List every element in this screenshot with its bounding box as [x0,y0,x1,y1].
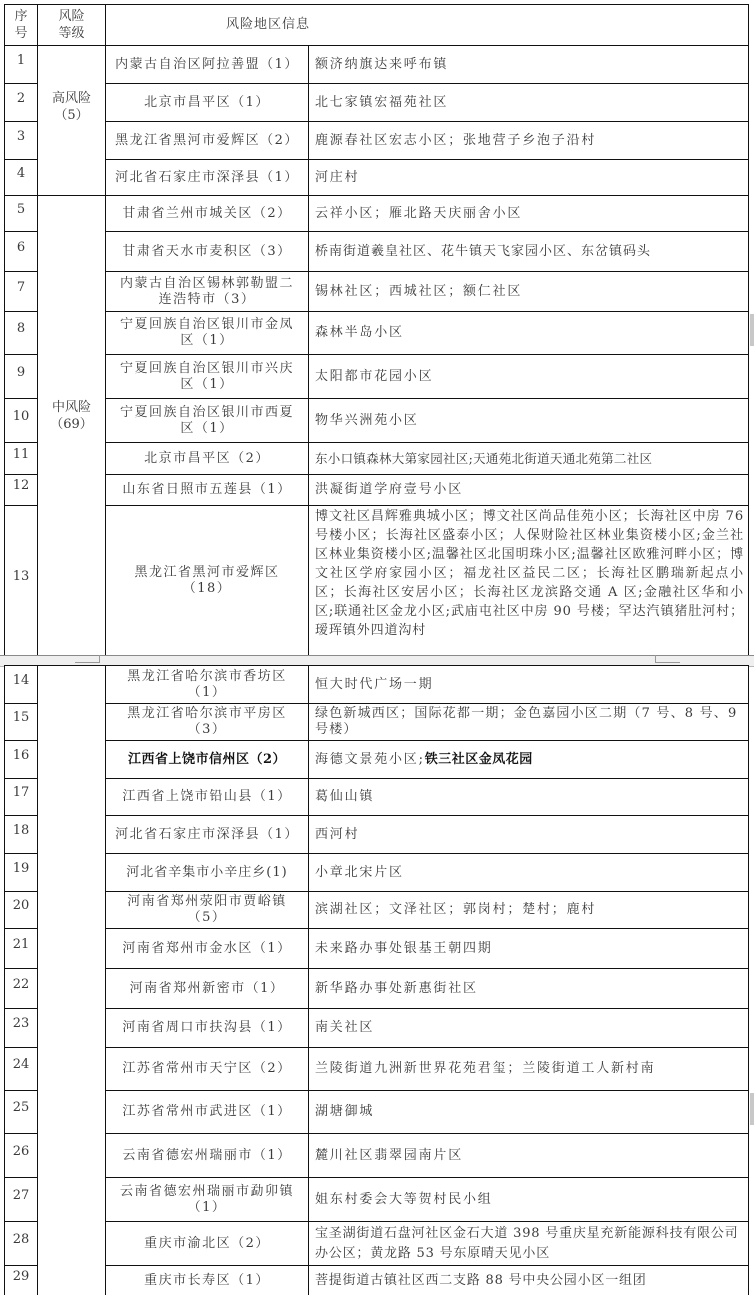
header-no: 序号 [5,5,38,46]
area-cell: 甘肃省兰州市城关区（2） [106,196,309,232]
area-cell: 山东省日照市五莲县（1） [106,475,309,506]
info-cell: 洪凝街道学府壹号小区 [309,475,749,506]
row-number: 23 [5,1009,38,1048]
info-cell: 云祥小区；雁北路天庆丽舍小区 [309,196,749,232]
table-row: 26 云南省德宏州瑞丽市（1） 麓川社区翡翠园南片区 [5,1134,749,1178]
table-row: 5 中风险 （69） 甘肃省兰州市城关区（2） 云祥小区；雁北路天庆丽舍小区 [5,196,749,232]
table-row: 24 江苏省常州市天宁区（2） 兰陵街道九洲新世界花苑君玺；兰陵街道工人新村南 [5,1048,749,1091]
table-row: 2 北京市昌平区（1） 北七家镇宏福苑社区 [5,84,749,122]
risk-area-table-part-1: 序号 风险等级 风险地区信息 1 高风险 （5） 内蒙古自治区阿拉善盟（1） 额… [4,4,749,656]
area-cell: 河南省郑州市金水区（1） [106,929,309,969]
info-part: 海德文景苑小区; [315,752,425,767]
row-number: 27 [5,1178,38,1222]
info-part-bold: 铁三社区金凤花园 [425,752,533,767]
table-row: 13 黑龙江省黑河市爱辉区（18） 博文社区昌辉雅典城小区；博文社区尚品佳苑小区… [5,506,749,656]
row-number: 20 [5,892,38,929]
table-row: 16 江西省上饶市信州区（2） 海德文景苑小区;铁三社区金凤花园 [5,741,749,779]
row-number: 7 [5,272,38,312]
row-number: 12 [5,475,38,506]
area-cell: 河南省郑州新密市（1） [106,969,309,1009]
info-cell: 宝圣湖街道石盘河社区金石大道 398 号重庆星充新能源科技有限公司办公区；黄龙路… [309,1222,749,1266]
risk-level-medium: 中风险 （69） [38,196,106,656]
risk-level-count: （5） [38,107,105,124]
risk-level-count: （69） [38,416,105,433]
row-number: 1 [5,46,38,84]
margin-marker [750,314,754,346]
info-cell: 兰陵街道九洲新世界花苑君玺；兰陵街道工人新村南 [309,1048,749,1091]
row-number: 10 [5,399,38,443]
row-number: 2 [5,84,38,122]
row-number: 18 [5,816,38,854]
area-cell: 黑龙江省黑河市爱辉区（18） [106,506,309,656]
info-cell: 菩提街道古镇社区西二支路 88 号中央公园小区一组团 [309,1266,749,1295]
info-cell: 滨湖社区；文泽社区；郭岗村；楚村；鹿村 [309,892,749,929]
info-cell: 河庄村 [309,160,749,196]
info-cell: 物华兴洲苑小区 [309,399,749,443]
row-number: 17 [5,779,38,816]
table-row: 3 黑龙江省黑河市爱辉区（2） 鹿源春社区宏志小区；张地营子乡泡子沿村 [5,122,749,160]
row-number: 15 [5,704,38,741]
page-corner-mark [655,655,656,663]
document-page-1: 序号 风险等级 风险地区信息 1 高风险 （5） 内蒙古自治区阿拉善盟（1） 额… [4,4,749,656]
info-cell: 桥南街道羲皇社区、花牛镇天飞家园小区、东岔镇码头 [309,232,749,272]
table-row: 15 黑龙江省哈尔滨市平房区（3） 绿色新城西区；国际花都一期；金色嘉园小区二期… [5,704,749,741]
risk-level-label: 中风险 [38,399,105,416]
area-cell: 宁夏回族自治区银川市西夏区（1） [106,399,309,443]
row-number: 11 [5,443,38,475]
row-number: 24 [5,1048,38,1091]
row-number: 25 [5,1091,38,1134]
table-row: 6 甘肃省天水市麦积区（3） 桥南街道羲皇社区、花牛镇天飞家园小区、东岔镇码头 [5,232,749,272]
table-row: 8 宁夏回族自治区银川市金凤区（1） 森林半岛小区 [5,312,749,355]
info-cell: 恒大时代广场一期 [309,666,749,704]
area-cell: 江西省上饶市铅山县（1） [106,779,309,816]
area-cell: 北京市昌平区（2） [106,443,309,475]
document-page-2: 14 黑龙江省哈尔滨市香坊区（1） 恒大时代广场一期 15 黑龙江省哈尔滨市平房… [4,665,749,1295]
header-info: 风险地区信息 [106,5,749,46]
area-cell: 云南省德宏州瑞丽市勐卯镇（1） [106,1178,309,1222]
table-row: 19 河北省辛集市小辛庄乡(1) 小章北宋片区 [5,854,749,892]
page-corner-mark [75,662,100,663]
info-cell: 额济纳旗达来呼布镇 [309,46,749,84]
table-row: 10 宁夏回族自治区银川市西夏区（1） 物华兴洲苑小区 [5,399,749,443]
risk-level-high: 高风险 （5） [38,46,106,196]
info-cell: 南关社区 [309,1009,749,1048]
row-number: 5 [5,196,38,232]
risk-level-label: 高风险 [38,90,105,107]
area-cell: 河北省石家庄市深泽县（1） [106,816,309,854]
row-number: 19 [5,854,38,892]
table-row: 27 云南省德宏州瑞丽市勐卯镇（1） 姐东村委会大等贺村民小组 [5,1178,749,1222]
area-cell: 黑龙江省哈尔滨市平房区（3） [106,704,309,741]
area-cell: 河南省周口市扶沟县（1） [106,1009,309,1048]
info-cell: 东小口镇森林大第家园社区;天通苑北街道天通北苑第二社区 [309,443,749,475]
info-cell: 北七家镇宏福苑社区 [309,84,749,122]
area-cell: 宁夏回族自治区银川市兴庆区（1） [106,355,309,399]
margin-marker [750,1093,754,1125]
info-cell: 麓川社区翡翠园南片区 [309,1134,749,1178]
info-cell: 海德文景苑小区;铁三社区金凤花园 [309,741,749,779]
area-cell: 北京市昌平区（1） [106,84,309,122]
area-cell: 黑龙江省哈尔滨市香坊区（1） [106,666,309,704]
area-cell: 河南省郑州荥阳市贾峪镇（5） [106,892,309,929]
area-cell: 江苏省常州市武进区（1） [106,1091,309,1134]
info-cell: 太阳都市花园小区 [309,355,749,399]
table-row: 4 河北省石家庄市深泽县（1） 河庄村 [5,160,749,196]
row-number: 16 [5,741,38,779]
area-cell: 江苏省常州市天宁区（2） [106,1048,309,1091]
table-row: 22 河南省郑州新密市（1） 新华路办事处新惠街社区 [5,969,749,1009]
info-cell: 未来路办事处银基王朝四期 [309,929,749,969]
page-corner-mark [99,655,100,663]
table-row: 1 高风险 （5） 内蒙古自治区阿拉善盟（1） 额济纳旗达来呼布镇 [5,46,749,84]
info-cell: 姐东村委会大等贺村民小组 [309,1178,749,1222]
area-cell: 重庆市渝北区（2） [106,1222,309,1266]
page-corner-mark [655,662,680,663]
area-cell: 重庆市长寿区（1） [106,1266,309,1295]
area-cell: 江西省上饶市信州区（2） [106,741,309,779]
table-row: 25 江苏省常州市武进区（1） 湖塘御城 [5,1091,749,1134]
info-cell: 绿色新城西区；国际花都一期；金色嘉园小区二期（7 号、8 号、9 号楼） [309,704,749,741]
row-number: 14 [5,666,38,704]
info-cell: 小章北宋片区 [309,854,749,892]
info-cell: 葛仙山镇 [309,779,749,816]
table-row: 20 河南省郑州荥阳市贾峪镇（5） 滨湖社区；文泽社区；郭岗村；楚村；鹿村 [5,892,749,929]
row-number: 4 [5,160,38,196]
info-cell: 博文社区昌辉雅典城小区；博文社区尚品佳苑小区；长海社区中房 76 号楼小区；长海… [309,506,749,656]
table-row: 7 内蒙古自治区锡林郭勒盟二连浩特市（3） 锡林社区；西城社区；额仁社区 [5,272,749,312]
row-number: 6 [5,232,38,272]
table-row: 29 重庆市长寿区（1） 菩提街道古镇社区西二支路 88 号中央公园小区一组团 [5,1266,749,1295]
risk-area-table-part-2: 14 黑龙江省哈尔滨市香坊区（1） 恒大时代广场一期 15 黑龙江省哈尔滨市平房… [4,665,749,1295]
area-cell: 云南省德宏州瑞丽市（1） [106,1134,309,1178]
area-cell: 河北省石家庄市深泽县（1） [106,160,309,196]
header-level: 风险等级 [38,5,106,46]
row-number: 13 [5,506,38,656]
table-row: 14 黑龙江省哈尔滨市香坊区（1） 恒大时代广场一期 [5,666,749,704]
area-cell: 内蒙古自治区锡林郭勒盟二连浩特市（3） [106,272,309,312]
table-row: 17 江西省上饶市铅山县（1） 葛仙山镇 [5,779,749,816]
row-number: 3 [5,122,38,160]
area-cell: 黑龙江省黑河市爱辉区（2） [106,122,309,160]
table-row: 18 河北省石家庄市深泽县（1） 西河村 [5,816,749,854]
info-cell: 湖塘御城 [309,1091,749,1134]
area-cell: 甘肃省天水市麦积区（3） [106,232,309,272]
area-cell: 内蒙古自治区阿拉善盟（1） [106,46,309,84]
row-number: 22 [5,969,38,1009]
area-cell: 宁夏回族自治区银川市金凤区（1） [106,312,309,355]
info-cell: 锡林社区；西城社区；额仁社区 [309,272,749,312]
row-number: 29 [5,1266,38,1295]
row-number: 9 [5,355,38,399]
table-row: 28 重庆市渝北区（2） 宝圣湖街道石盘河社区金石大道 398 号重庆星充新能源… [5,1222,749,1266]
table-header-row: 序号 风险等级 风险地区信息 [5,5,749,46]
table-row: 23 河南省周口市扶沟县（1） 南关社区 [5,1009,749,1048]
info-cell: 森林半岛小区 [309,312,749,355]
info-cell: 西河村 [309,816,749,854]
row-number: 26 [5,1134,38,1178]
info-cell: 新华路办事处新惠街社区 [309,969,749,1009]
row-number: 8 [5,312,38,355]
row-number: 28 [5,1222,38,1266]
table-row: 12 山东省日照市五莲县（1） 洪凝街道学府壹号小区 [5,475,749,506]
table-row: 9 宁夏回族自治区银川市兴庆区（1） 太阳都市花园小区 [5,355,749,399]
row-number: 21 [5,929,38,969]
header-level-text: 风险等级 [54,8,89,42]
risk-level-medium-continued [38,666,106,1295]
table-row: 21 河南省郑州市金水区（1） 未来路办事处银基王朝四期 [5,929,749,969]
info-cell: 鹿源春社区宏志小区；张地营子乡泡子沿村 [309,122,749,160]
table-row: 11 北京市昌平区（2） 东小口镇森林大第家园社区;天通苑北街道天通北苑第二社区 [5,443,749,475]
area-cell: 河北省辛集市小辛庄乡(1) [106,854,309,892]
